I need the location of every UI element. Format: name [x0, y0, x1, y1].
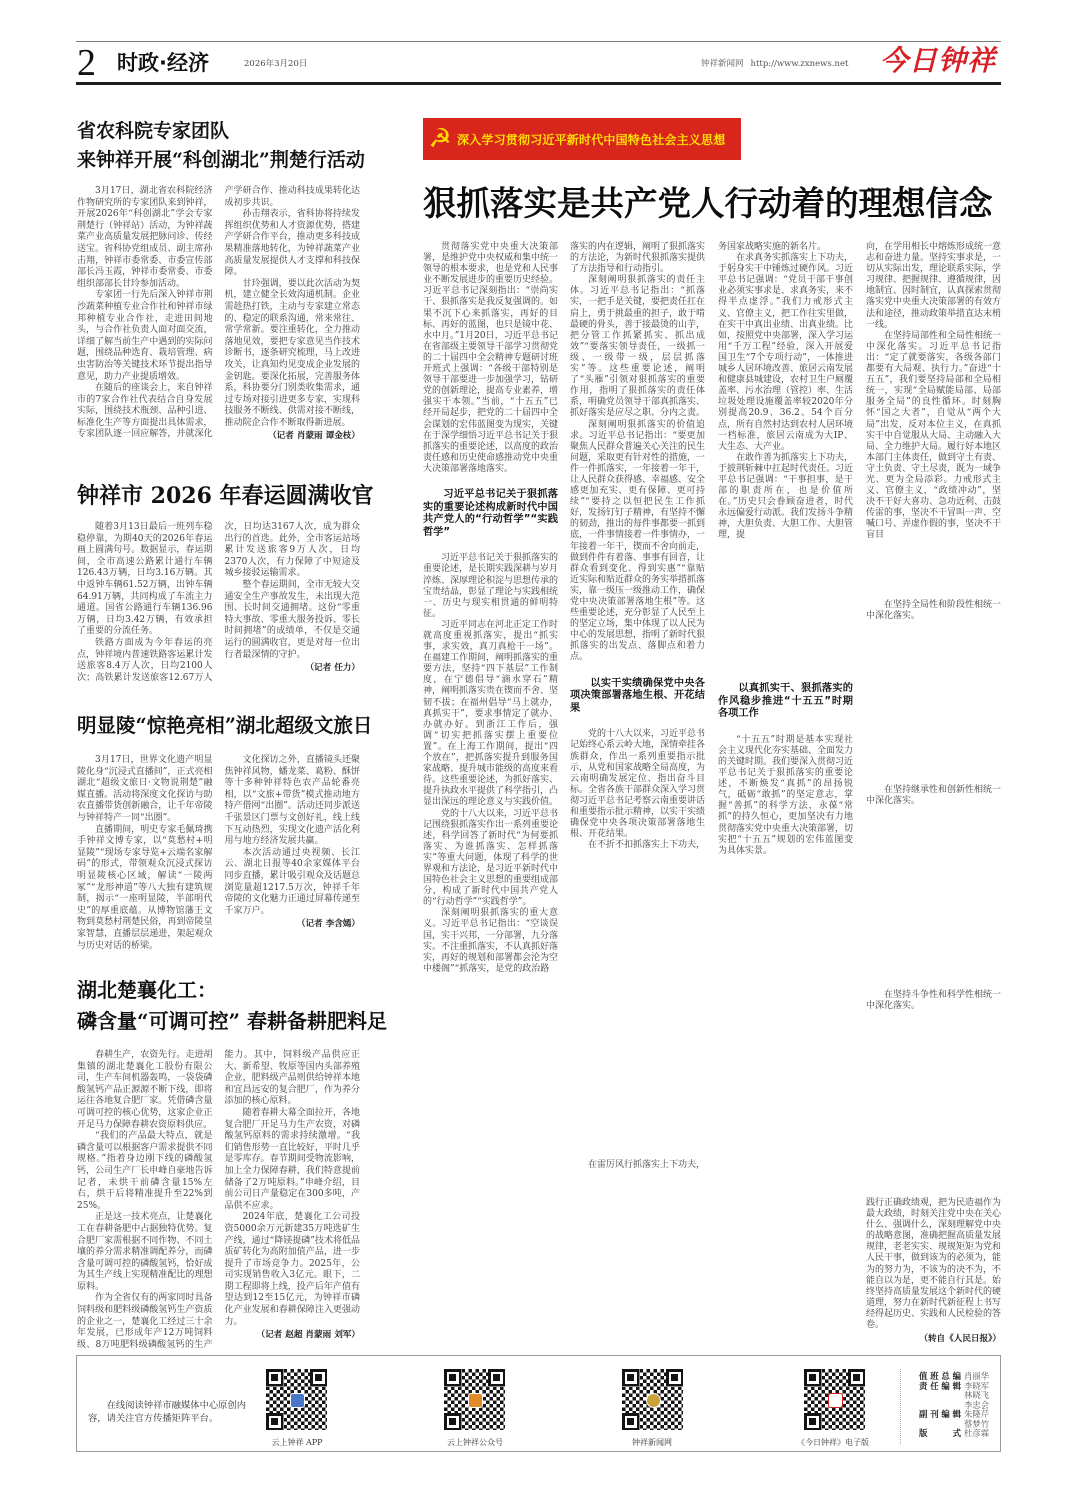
paragraph: 专家团一行先后深入钟祥市荆沙蔬菜种植专业合作社和钟祥市绿邦种植专业合作社，走进田… — [77, 290, 213, 383]
subheading: 以真抓实干、狠抓落实的作风稳步推进“十五五”时期各项工作 — [718, 683, 853, 721]
qr-finder — [804, 1413, 821, 1430]
credit-row: 版 式杜彦霖 — [919, 1428, 999, 1438]
issue-date: 2026年3月20日 — [244, 57, 307, 69]
hammer-sickle-icon: ☭ — [423, 118, 457, 160]
credit-role: 副刊编辑 — [919, 1409, 961, 1419]
paragraph: 随着3月13日最后一班列车稳稳停靠，为期40天的2026年春运画上圆满句号。数据… — [77, 522, 213, 638]
feature-column-4-ending: 践行正确政绩观，把为民造福作为最大政绩，时刻关注党中央在关心什么、强调什么，深刻… — [866, 1198, 1001, 1346]
qr-code-icon — [622, 1369, 683, 1430]
credit-row: 林晓飞 — [919, 1390, 999, 1400]
paragraph: 在坚持斗争性和科学性相统一中深化落实。 — [866, 990, 1001, 1012]
feature-column-1: 贯彻落实党中央重大决策部署，是维护党中央权威和集中统一领导的根本要求，也是党和人… — [423, 242, 558, 975]
paragraph: 在不折不扣抓落实上下功夫， — [570, 840, 705, 851]
qr-finder — [444, 1369, 461, 1386]
credit-name: 杜彦霖 — [964, 1428, 989, 1438]
newspaper-logo: 今日钟祥 — [880, 44, 996, 78]
epaper-logo-icon — [828, 1393, 843, 1408]
feature-headline: 狠抓落实是共产党人行动着的理想信念 — [423, 182, 993, 226]
paragraph: 文化探访之外，直播镜头还聚焦钟祥风物，蟠龙菜、葛粉、酥饼等十多种钟祥特色农产品轮… — [225, 755, 361, 848]
paragraph: 随着春耕大幕全面拉开，各地复合肥厂开足马力生产农资，对磷酸氢钙原料的需求持续激增… — [225, 1108, 361, 1212]
feature-column-2-lower: 在雷厉风行抓落实上下功夫， — [570, 1160, 705, 1171]
paragraph: 在坚持继承性和创新性相统一中深化落实。 — [866, 785, 1001, 807]
headline-line: 湖北楚襄化工： — [77, 975, 367, 1006]
paragraph: 在坚持局部性和全局性相统一中深化落实。习近平总书记指出：“定了就要落实，各级各部… — [866, 331, 1001, 542]
qr-finder — [848, 1369, 865, 1386]
headline-line: 钟祥市 2026 年春运圆满收官 — [77, 482, 367, 510]
qr-finder — [444, 1413, 461, 1430]
credit-role: 值班总编 — [919, 1371, 961, 1381]
paragraph: 在坚持全局性和阶段性相统一中深化落实。 — [866, 600, 1001, 622]
paragraph: 甘玲强调，要以此次活动为契机，建立健全长效沟通机制。企业需趁热打铁，主动与专家建… — [225, 279, 361, 430]
byline: （记者 肖蒙雨 谭金枝） — [225, 429, 361, 443]
credit-row: 李忠会 — [919, 1400, 999, 1410]
paragraph: 向，在学用相长中熔炼形成统一意志和奋进力量。坚持实事求是，一切从实际出发，理论联… — [866, 242, 1001, 331]
paragraph: 深刻阐明狠抓落实的责任主体。习近平总书记指出：“抓落实，一把手是关键，要把责任扛… — [570, 275, 705, 419]
qr-finder — [266, 1369, 283, 1386]
feature-column-3-lower: 以真抓实干、狠抓落实的作风稳步推进“十五五”时期各项工作“十五五”时期是基本实现… — [718, 669, 853, 857]
qr-label: 云上钟祥公众号 — [420, 1438, 530, 1448]
credit-row: 值班总编肖丽华 — [919, 1371, 999, 1381]
promo-text: 在线阅读钟祥市融媒体中心原创内容，请关注官方传播矩阵平台。 — [88, 1399, 253, 1425]
credit-row: 副刊编辑朱隆芹 — [919, 1409, 999, 1419]
credit-role: 版 式 — [919, 1428, 961, 1438]
byline: （记者 赵超 肖蒙雨 刘军） — [225, 1328, 361, 1342]
subheading: 习近平总书记关于狠抓落实的重要论述构成新时代中国共产党人的“行动哲学”“实践哲学… — [423, 489, 558, 539]
paragraph: 3月17日，世界文化遗产明显陵化身“沉浸式直播间”，正式亮相湖北“超级文旅日·文… — [77, 755, 213, 825]
article-body: 3月17日，湖北省农科院经济作物研究所的专家团队来到钟祥，开展2026年“科创湖… — [77, 186, 360, 443]
qr-code-icon — [804, 1369, 865, 1430]
paragraph: 深刻阐明狠抓落实的价值追求。习近平总书记指出：“要更加聚焦人民群众普遍关心关注的… — [570, 420, 705, 664]
qr-code-icon — [444, 1369, 505, 1430]
credit-row: 责任编辑李晓军 — [919, 1381, 999, 1391]
paragraph: 孙击翔表示，省科协将持续发挥组织优势和人才资源优势，搭建产学研合作平台，推动更多… — [225, 209, 361, 279]
paragraph: 本次活动通过央视频、长江云、湖北日报等40余家媒体平台同步直播，累计吸引观众及话… — [225, 848, 361, 918]
qr-label: 云上钟祥 APP — [242, 1438, 352, 1448]
credit-name: 朱隆芹 — [964, 1409, 989, 1419]
masthead-bottom-rule — [76, 82, 1001, 85]
app-logo-icon — [290, 1393, 305, 1408]
feature-column-2: 落实的内在逻辑，阐明了狠抓落实的方法论，为新时代狠抓落实提供了方法指导和行动指引… — [570, 242, 705, 851]
banner-text: 深入学习贯彻习近平新时代中国特色社会主义思想 — [457, 131, 725, 148]
qr-label: 《今日钟祥》电子版 — [778, 1438, 888, 1448]
headline-line: 明显陵“惊艳亮相”湖北超级文旅日 — [77, 712, 367, 740]
article-headline: 湖北楚襄化工： 磷含量“可调可控” 春耕备耕肥料足 — [77, 975, 367, 1037]
paragraph: 春耕生产，农资先行。走进胡集镇的湖北楚襄化工股份有限公司，生产车间机器轰鸣，一袋… — [77, 1050, 213, 1131]
site-name: 钟祥新闻网 — [701, 59, 744, 69]
feature-column-4: 向，在学用相长中熔炼形成统一意志和奋进力量。坚持实事求是，一切从实际出发，理论联… — [866, 242, 1001, 542]
article-headline: 钟祥市 2026 年春运圆满收官 — [77, 482, 367, 510]
article-headline: 明显陵“惊艳亮相”湖北超级文旅日 — [77, 712, 367, 740]
paragraph: 党的十八大以来，习近平总书记始终心系云岭大地，深情牵挂各族群众，作出一系列重要指… — [570, 729, 705, 840]
account-logo-icon — [468, 1393, 483, 1408]
credit-row: 蔡梦竹 — [919, 1419, 999, 1429]
paragraph: 党的十八大以来，习近平总书记围绕狠抓落实作出一系列重要论述，科学回答了新时代“为… — [423, 809, 558, 909]
byline: （记者 任力） — [225, 661, 361, 675]
paragraph: 整个春运期间，全市无较大交通安全生产事故发生，未出现大范围、长时间交通拥堵。这份… — [225, 580, 361, 661]
feature-column-3: 务国家战略实施的新名片。在求真务实抓落实上下功夫，于躬身实干中锤炼过硬作风。习近… — [718, 242, 853, 542]
credit-name: 林晓飞 — [964, 1390, 989, 1400]
paragraph: 在敢作善为抓落实上下功夫，于披荆斩棘中扛起时代责任。习近平总书记强调：“干事担事… — [718, 453, 853, 542]
headline-line: 来钟祥开展“科创湖北”荆楚行活动 — [77, 146, 367, 175]
masthead-top-rule — [76, 41, 1001, 42]
paragraph: 在求真务实抓落实上下功夫，于躬身实干中锤炼过硬作风。习近平总书记强调：“党员干部… — [718, 253, 853, 453]
paragraph: 务国家战略实施的新名片。 — [718, 242, 853, 253]
paragraph: “十五五”时期是基本实现社会主义现代化夯实基础、全面发力的关键时期。我们要深入贯… — [718, 735, 853, 857]
site-url: http://www.zxnews.net — [751, 59, 849, 69]
qr-finder — [488, 1369, 505, 1386]
paragraph: 在雷厉风行抓落实上下功夫， — [570, 1160, 705, 1171]
paragraph: 习近平总书记关于狠抓落实的重要论述，是长期实践深耕与岁月淬炼、深厚理论积淀与思想… — [423, 553, 558, 620]
qr-code-icon — [266, 1369, 327, 1430]
article-body: 春耕生产，农资先行。走进胡集镇的湖北楚襄化工股份有限公司，生产车间机器轰鸣，一袋… — [77, 1050, 360, 1351]
credit-name: 李晓军 — [964, 1381, 989, 1391]
qr-finder — [310, 1369, 327, 1386]
headline-line: 磷含量“可调可控” 春耕备耕肥料足 — [77, 1006, 367, 1037]
feature-column-4-part-2: 在坚持全局性和阶段性相统一中深化落实。 — [866, 600, 1001, 622]
paragraph: “我们的产品最大特点，就是磷含量可以根据客户需求提供不同规格。”指着身边刚下线的… — [77, 1131, 213, 1212]
paragraph: 直播期间，明史专家毛佩琦携手钟祥文博专家，以“莫愁村+明显陵”“现场专家导览+云… — [77, 825, 213, 953]
feature-column-4-part-4: 在坚持斗争性和科学性相统一中深化落实。 — [866, 990, 1001, 1012]
footer-divider — [900, 1369, 901, 1444]
credit-name: 肖丽华 — [964, 1371, 989, 1381]
section-title: 时政·经济 — [117, 50, 209, 76]
article-headline: 省农科院专家团队 来钟祥开展“科创湖北”荆楚行活动 — [77, 117, 367, 175]
qr-finder — [804, 1369, 821, 1386]
qr-label: 钟祥新闻网 — [597, 1438, 707, 1448]
site-info: 钟祥新闻网http://www.zxnews.net — [701, 57, 848, 69]
qr-finder — [622, 1413, 639, 1430]
credit-name: 李忠会 — [964, 1400, 989, 1410]
paragraph: 践行正确政绩观，把为民造福作为最大政绩，时刻关注党中央在关心什么、强调什么，深刻… — [866, 1198, 1001, 1331]
credit-role: 责任编辑 — [919, 1381, 961, 1391]
site-logo-icon — [646, 1393, 661, 1408]
paragraph: 贯彻落实党中央重大决策部署，是维护党中央权威和集中统一领导的根本要求，也是党和人… — [423, 242, 558, 475]
paragraph: 2024年底，楚襄化工公司投资5000余万元新建35万吨选矿生产线，通过“降镁提… — [225, 1212, 361, 1328]
paragraph: 3月17日，湖北省农科院经济作物研究所的专家团队来到钟祥，开展2026年“科创湖… — [77, 186, 213, 290]
credit-name: 蔡梦竹 — [964, 1419, 989, 1429]
page-number: 2 — [77, 43, 96, 83]
subheading: 以实干实绩确保党中央各项决策部署落地生根、开花结果 — [570, 678, 705, 716]
byline: （转自《人民日报》） — [866, 1332, 1001, 1346]
paragraph: 习近平同志在河北正定工作时就高度重视抓落实，提出“抓实事，求实效，真刀真枪干一场… — [423, 620, 558, 809]
paragraph: 深刻阐明狠抓落实的重大意义。习近平总书记指出：“空谈误国，实干兴邦，一分部署，九… — [423, 908, 558, 975]
byline: （记者 李含嫣） — [225, 917, 361, 931]
paragraph: 正是这一技术亮点，让楚襄化工在春耕备肥中占据独特优势。复合肥厂家需根据不同作物、… — [77, 1212, 213, 1293]
theme-banner: ☭ 深入学习贯彻习近平新时代中国特色社会主义思想 — [423, 118, 741, 160]
qr-finder — [266, 1413, 283, 1430]
qr-finder — [666, 1369, 683, 1386]
footer-promo: 在线阅读钟祥市融媒体中心原创内容，请关注官方传播矩阵平台。 — [88, 1399, 253, 1425]
feature-column-4-part-3: 在坚持继承性和创新性相统一中深化落实。 — [866, 785, 1001, 807]
article-body: 随着3月13日最后一班列车稳稳停靠，为期40天的2026年春运画上圆满句号。数据… — [77, 522, 360, 684]
paragraph: 落实的内在逻辑，阐明了狠抓落实的方法论，为新时代狠抓落实提供了方法指导和行动指引… — [570, 242, 705, 275]
article-body: 3月17日，世界文化遗产明显陵化身“沉浸式直播间”，正式亮相湖北“超级文旅日·文… — [77, 755, 360, 952]
headline-line: 省农科院专家团队 — [77, 117, 367, 146]
qr-finder — [622, 1369, 639, 1386]
